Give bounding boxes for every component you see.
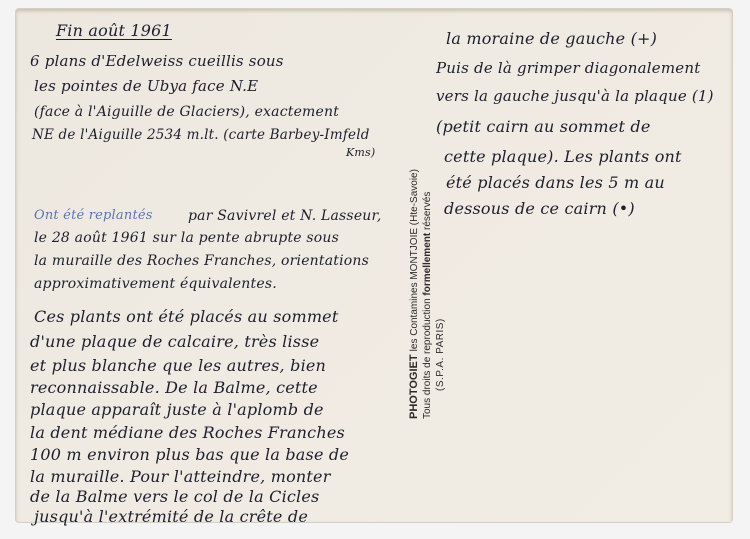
right-column-line: été placés dans les 5 m au (446, 175, 665, 191)
right-column-line: (petit cairn au sommet de (436, 119, 650, 135)
stamp-line-3: (S.P.A. PARIS) (435, 99, 446, 419)
paragraph1-line: Kms) (346, 147, 375, 158)
stamp-line-2: Tous droits de reproduction formellement… (422, 99, 433, 419)
publisher-stamp: PHOTOGIET les Contamines MONTJOIE (Hte-S… (408, 99, 446, 419)
paragraph3-line: et plus blanche que les autres, bien (30, 358, 326, 374)
rights-text-pre: Tous droits de reproduction (422, 298, 433, 419)
postcard-back: Fin août 1961 6 plans d'Edelweiss cueill… (16, 9, 732, 522)
paragraph3-line: 100 m environ plus bas que la base de (30, 447, 349, 463)
paragraph2-blue-prefix: Ont été replantés (34, 209, 153, 222)
paragraph3-line: d'une plaque de calcaire, très lisse (30, 334, 319, 350)
right-column-line: vers la gauche jusqu'à la plaque (1) (436, 89, 714, 104)
paragraph3-line: de la Balme vers le col de la Cicles (30, 489, 319, 505)
paragraph2-line: le 28 août 1961 sur la pente abrupte sou… (34, 231, 339, 245)
right-column-line: Puis de là grimper diagonalement (436, 61, 700, 76)
paragraph1-line: (face à l'Aiguille de Glaciers), exactem… (34, 105, 339, 119)
paragraph2-line: par Savivrel et N. Lasseur, (188, 209, 382, 223)
right-column-line: la moraine de gauche (+) (446, 31, 657, 47)
paragraph3-line: reconnaissable. De la Balme, cette (30, 380, 318, 396)
paragraph2-line: approximativement équivalentes. (34, 277, 277, 291)
right-column-line: cette plaque). Les plants ont (444, 149, 682, 165)
right-column-line: dessous de ce cairn (•) (444, 201, 635, 217)
paragraph1-line: 6 plans d'Edelweiss cueillis sous (30, 54, 284, 69)
rights-text-bold: formellement (422, 233, 433, 296)
publisher-location: les Contamines MONTJOIE (Hte-Savoie) (409, 169, 420, 351)
stamp-line-1: PHOTOGIET les Contamines MONTJOIE (Hte-S… (408, 99, 420, 419)
paragraph3-line: la dent médiane des Roches Franches (30, 425, 345, 441)
paragraph3-line: jusqu'à l'extrémité de la crête de (34, 509, 308, 525)
paragraph1-line: les pointes de Ubya face N.E (34, 79, 258, 94)
publisher-name: PHOTOGIET (408, 354, 420, 419)
paragraph3-line: Ces plants ont été placés au sommet (34, 309, 338, 325)
rights-text-post: réservés (422, 192, 433, 230)
paragraph3-line: plaque apparaît juste à l'aplomb de (30, 402, 324, 418)
date-heading: Fin août 1961 (56, 23, 172, 39)
paragraph2-line: la muraille des Roches Franches, orienta… (34, 254, 369, 268)
paragraph3-line: la muraille. Pour l'atteindre, monter (30, 469, 331, 485)
paragraph1-line: NE de l'Aiguille 2534 m.lt. (carte Barbe… (32, 129, 370, 143)
